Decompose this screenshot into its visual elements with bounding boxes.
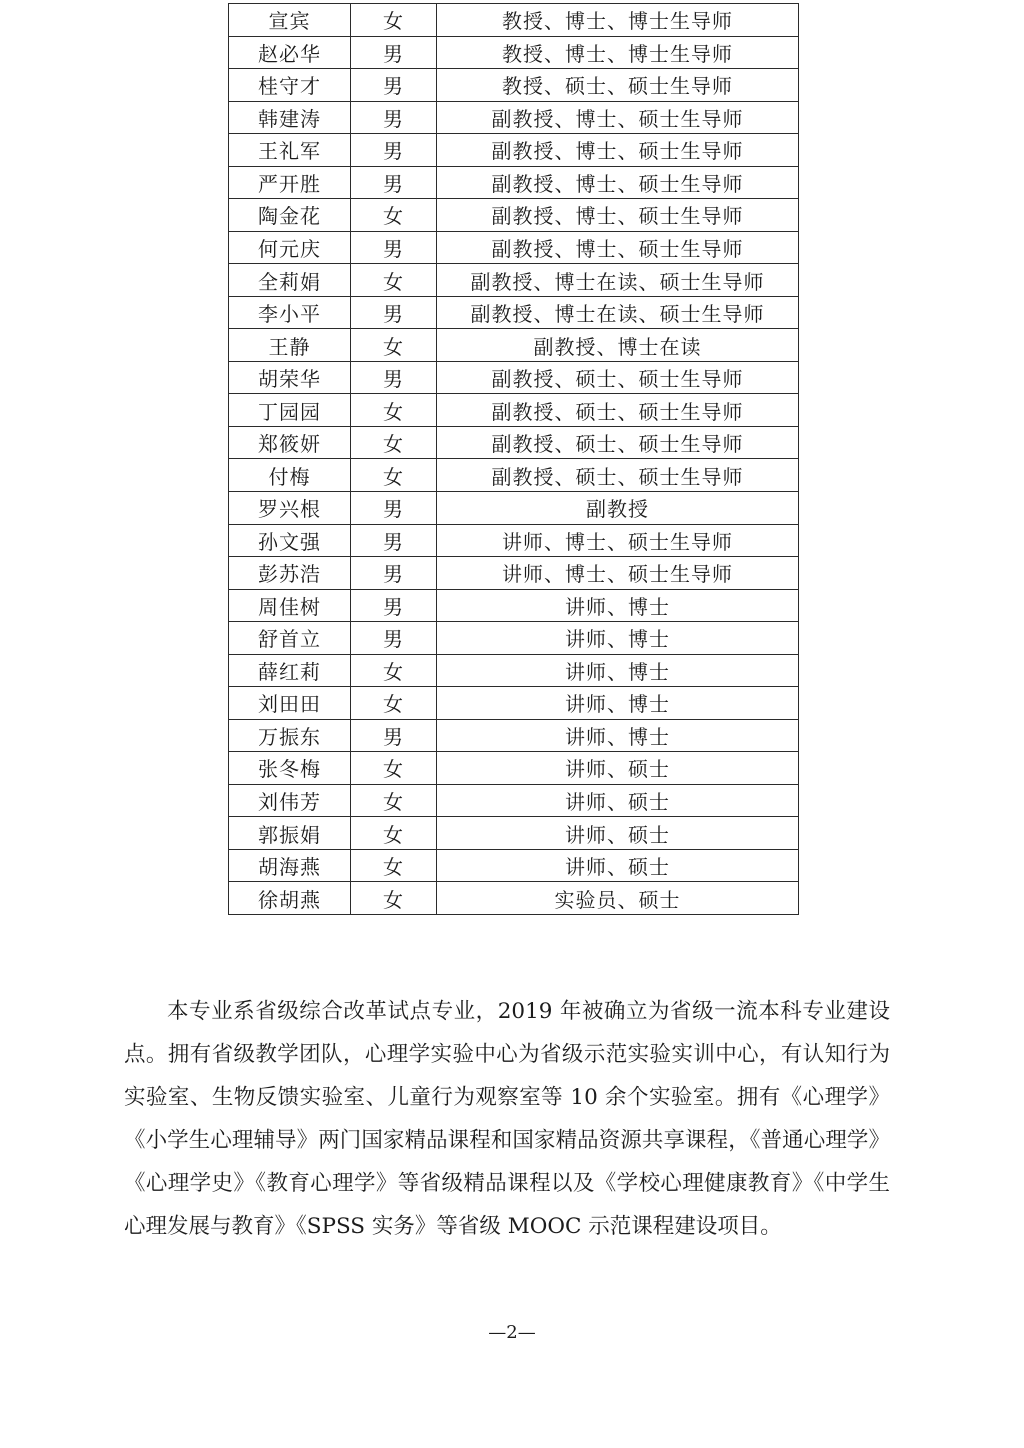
- gender-cell: 男: [351, 361, 437, 394]
- table-row: 王礼军男副教授、博士、硕士生导师: [229, 134, 799, 167]
- gender-cell: 女: [351, 329, 437, 362]
- table-row: 何元庆男副教授、博士、硕士生导师: [229, 231, 799, 264]
- table-row: 李小平男副教授、博士在读、硕士生导师: [229, 296, 799, 329]
- name-cell: 王礼军: [229, 134, 351, 167]
- name-cell: 李小平: [229, 296, 351, 329]
- name-cell: 徐胡燕: [229, 882, 351, 915]
- table-row: 郭振娟女讲师、硕士: [229, 817, 799, 850]
- gender-cell: 女: [351, 654, 437, 687]
- table-row: 严开胜男副教授、博士、硕士生导师: [229, 166, 799, 199]
- table-row: 宣宾女教授、博士、博士生导师: [229, 4, 799, 37]
- table-row: 周佳树男讲师、博士: [229, 589, 799, 622]
- name-cell: 薛红莉: [229, 654, 351, 687]
- title-cell: 副教授、博士、硕士生导师: [437, 134, 799, 167]
- name-cell: 刘伟芳: [229, 784, 351, 817]
- name-cell: 罗兴根: [229, 491, 351, 524]
- title-cell: 讲师、博士: [437, 622, 799, 655]
- gender-cell: 女: [351, 199, 437, 232]
- name-cell: 韩建涛: [229, 101, 351, 134]
- title-cell: 副教授、硕士、硕士生导师: [437, 361, 799, 394]
- gender-cell: 男: [351, 557, 437, 590]
- title-cell: 讲师、硕士: [437, 784, 799, 817]
- title-cell: 副教授、博士在读: [437, 329, 799, 362]
- gender-cell: 男: [351, 719, 437, 752]
- table-row: 张冬梅女讲师、硕士: [229, 752, 799, 785]
- name-cell: 严开胜: [229, 166, 351, 199]
- name-cell: 彭苏浩: [229, 557, 351, 590]
- gender-cell: 男: [351, 101, 437, 134]
- title-cell: 讲师、博士: [437, 589, 799, 622]
- table-row: 全莉娟女副教授、博士在读、硕士生导师: [229, 264, 799, 297]
- title-cell: 副教授、硕士、硕士生导师: [437, 394, 799, 427]
- table-row: 韩建涛男副教授、博士、硕士生导师: [229, 101, 799, 134]
- table-row: 罗兴根男副教授: [229, 491, 799, 524]
- faculty-table-body: 宣宾女教授、博士、博士生导师赵必华男教授、博士、博士生导师桂守才男教授、硕士、硕…: [229, 4, 799, 915]
- title-cell: 副教授、博士、硕士生导师: [437, 166, 799, 199]
- title-cell: 教授、硕士、硕士生导师: [437, 69, 799, 102]
- name-cell: 桂守才: [229, 69, 351, 102]
- title-cell: 副教授、博士、硕士生导师: [437, 199, 799, 232]
- gender-cell: 女: [351, 687, 437, 720]
- table-row: 赵必华男教授、博士、博士生导师: [229, 36, 799, 69]
- table-row: 胡荣华男副教授、硕士、硕士生导师: [229, 361, 799, 394]
- title-cell: 副教授: [437, 491, 799, 524]
- gender-cell: 女: [351, 849, 437, 882]
- name-cell: 刘田田: [229, 687, 351, 720]
- title-cell: 讲师、硕士: [437, 752, 799, 785]
- table-row: 付梅女副教授、硕士、硕士生导师: [229, 459, 799, 492]
- gender-cell: 男: [351, 36, 437, 69]
- name-cell: 全莉娟: [229, 264, 351, 297]
- name-cell: 陶金花: [229, 199, 351, 232]
- name-cell: 周佳树: [229, 589, 351, 622]
- gender-cell: 男: [351, 69, 437, 102]
- table-row: 万振东男讲师、博士: [229, 719, 799, 752]
- page-number: —2—: [0, 1322, 1024, 1343]
- gender-cell: 女: [351, 264, 437, 297]
- gender-cell: 女: [351, 882, 437, 915]
- title-cell: 讲师、博士、硕士生导师: [437, 524, 799, 557]
- title-cell: 教授、博士、博士生导师: [437, 4, 799, 37]
- title-cell: 副教授、博士在读、硕士生导师: [437, 264, 799, 297]
- name-cell: 郑筱妍: [229, 426, 351, 459]
- title-cell: 讲师、博士: [437, 719, 799, 752]
- gender-cell: 女: [351, 459, 437, 492]
- title-cell: 讲师、博士: [437, 654, 799, 687]
- name-cell: 孙文强: [229, 524, 351, 557]
- name-cell: 王静: [229, 329, 351, 362]
- gender-cell: 男: [351, 622, 437, 655]
- table-row: 舒首立男讲师、博士: [229, 622, 799, 655]
- name-cell: 丁园园: [229, 394, 351, 427]
- title-cell: 实验员、硕士: [437, 882, 799, 915]
- table-row: 刘伟芳女讲师、硕士: [229, 784, 799, 817]
- title-cell: 讲师、博士、硕士生导师: [437, 557, 799, 590]
- name-cell: 胡海燕: [229, 849, 351, 882]
- title-cell: 副教授、硕士、硕士生导师: [437, 459, 799, 492]
- gender-cell: 男: [351, 166, 437, 199]
- title-cell: 副教授、硕士、硕士生导师: [437, 426, 799, 459]
- title-cell: 副教授、博士在读、硕士生导师: [437, 296, 799, 329]
- title-cell: 副教授、博士、硕士生导师: [437, 101, 799, 134]
- name-cell: 郭振娟: [229, 817, 351, 850]
- name-cell: 万振东: [229, 719, 351, 752]
- name-cell: 胡荣华: [229, 361, 351, 394]
- document-page: 宣宾女教授、博士、博士生导师赵必华男教授、博士、博士生导师桂守才男教授、硕士、硕…: [0, 0, 1024, 1448]
- faculty-table: 宣宾女教授、博士、博士生导师赵必华男教授、博士、博士生导师桂守才男教授、硕士、硕…: [228, 3, 799, 915]
- gender-cell: 女: [351, 4, 437, 37]
- table-row: 王静女副教授、博士在读: [229, 329, 799, 362]
- title-cell: 讲师、硕士: [437, 849, 799, 882]
- name-cell: 张冬梅: [229, 752, 351, 785]
- table-row: 桂守才男教授、硕士、硕士生导师: [229, 69, 799, 102]
- title-cell: 教授、博士、博士生导师: [437, 36, 799, 69]
- name-cell: 舒首立: [229, 622, 351, 655]
- gender-cell: 女: [351, 752, 437, 785]
- table-row: 彭苏浩男讲师、博士、硕士生导师: [229, 557, 799, 590]
- title-cell: 讲师、硕士: [437, 817, 799, 850]
- name-cell: 宣宾: [229, 4, 351, 37]
- table-row: 陶金花女副教授、博士、硕士生导师: [229, 199, 799, 232]
- body-paragraph: 本专业系省级综合改革试点专业，2019 年被确立为省级一流本科专业建设点。拥有省…: [124, 990, 890, 1248]
- name-cell: 赵必华: [229, 36, 351, 69]
- gender-cell: 女: [351, 817, 437, 850]
- name-cell: 何元庆: [229, 231, 351, 264]
- table-row: 丁园园女副教授、硕士、硕士生导师: [229, 394, 799, 427]
- name-cell: 付梅: [229, 459, 351, 492]
- gender-cell: 女: [351, 784, 437, 817]
- table-row: 刘田田女讲师、博士: [229, 687, 799, 720]
- table-row: 薛红莉女讲师、博士: [229, 654, 799, 687]
- table-row: 郑筱妍女副教授、硕士、硕士生导师: [229, 426, 799, 459]
- gender-cell: 男: [351, 231, 437, 264]
- title-cell: 讲师、博士: [437, 687, 799, 720]
- table-row: 胡海燕女讲师、硕士: [229, 849, 799, 882]
- gender-cell: 男: [351, 296, 437, 329]
- gender-cell: 男: [351, 524, 437, 557]
- gender-cell: 女: [351, 394, 437, 427]
- gender-cell: 女: [351, 426, 437, 459]
- table-row: 徐胡燕女实验员、硕士: [229, 882, 799, 915]
- gender-cell: 男: [351, 589, 437, 622]
- table-row: 孙文强男讲师、博士、硕士生导师: [229, 524, 799, 557]
- gender-cell: 男: [351, 491, 437, 524]
- gender-cell: 男: [351, 134, 437, 167]
- title-cell: 副教授、博士、硕士生导师: [437, 231, 799, 264]
